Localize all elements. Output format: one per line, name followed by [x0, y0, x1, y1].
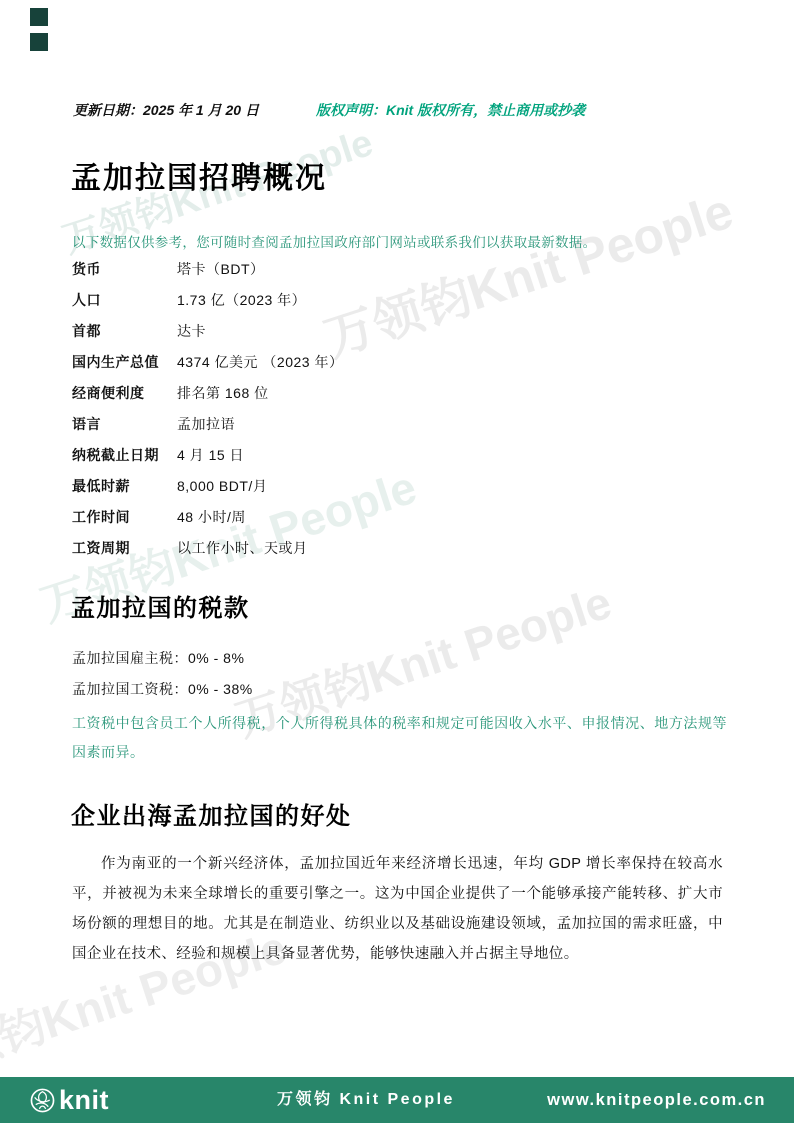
- knit-logo: knit: [30, 1077, 109, 1123]
- fact-value: 以工作小时、天或月: [177, 538, 308, 558]
- tax-note: 工资税中包含员工个人所得税，个人所得税具体的税率和规定可能因收入水平、申报情况、…: [72, 709, 727, 767]
- table-row: 工作时间 48 小时/周: [72, 501, 722, 532]
- fact-value: 8,000 BDT/月: [177, 476, 267, 496]
- footer-brand-name: 万领钧 Knit People: [277, 1077, 455, 1123]
- corner-mark-bottom: [30, 33, 48, 51]
- benefits-section-heading: 企业出海孟加拉国的好处: [71, 796, 352, 831]
- corner-mark-top: [30, 8, 48, 26]
- fact-label: 货币: [72, 259, 177, 279]
- fact-label: 首都: [72, 321, 177, 341]
- table-row: 纳税截止日期 4 月 15 日: [72, 439, 722, 470]
- fact-label: 工资周期: [72, 538, 177, 558]
- benefits-paragraph: 作为南亚的一个新兴经济体，孟加拉国近年来经济增长迅速，年均 GDP 增长率保持在…: [72, 849, 723, 969]
- copyright-notice: 版权声明：Knit 版权所有，禁止商用或抄袭: [316, 100, 585, 120]
- table-row: 货币 塔卡（BDT）: [72, 253, 722, 284]
- fact-value: 孟加拉语: [177, 414, 235, 434]
- table-row: 语言 孟加拉语: [72, 408, 722, 439]
- fact-value: 达卡: [177, 321, 206, 341]
- table-row: 最低时薪 8,000 BDT/月: [72, 470, 722, 501]
- country-facts-table: 货币 塔卡（BDT） 人口 1.73 亿（2023 年） 首都 达卡 国内生产总…: [72, 253, 722, 563]
- tax-section-heading: 孟加拉国的税款: [71, 588, 250, 623]
- fact-value: 48 小时/周: [177, 507, 246, 527]
- fact-value: 1.73 亿（2023 年）: [177, 290, 306, 310]
- fact-label: 纳税截止日期: [72, 445, 177, 465]
- fact-label: 最低时薪: [72, 476, 177, 496]
- footer-website-url: www.knitpeople.com.cn: [547, 1077, 766, 1123]
- update-date-label: 更新日期：2025 年 1 月 20 日: [73, 100, 259, 120]
- table-row: 首都 达卡: [72, 315, 722, 346]
- table-row: 人口 1.73 亿（2023 年）: [72, 284, 722, 315]
- fact-label: 经商便利度: [72, 383, 177, 403]
- fact-label: 国内生产总值: [72, 352, 177, 372]
- fact-label: 语言: [72, 414, 177, 434]
- fact-label: 工作时间: [72, 507, 177, 527]
- table-row: 工资周期 以工作小时、天或月: [72, 532, 722, 563]
- knit-knot-icon: [30, 1088, 55, 1113]
- fact-value: 4374 亿美元 （2023 年）: [177, 352, 343, 372]
- page-title: 孟加拉国招聘概况: [71, 153, 327, 197]
- employer-tax-line: 孟加拉国雇主税：0% - 8%: [72, 648, 244, 668]
- table-row: 国内生产总值 4374 亿美元 （2023 年）: [72, 346, 722, 377]
- intro-disclaimer: 以下数据仅供参考，您可随时查阅孟加拉国政府部门网站或联系我们以获取最新数据。: [72, 231, 722, 251]
- document-page: 万领钧Knit People 万领钧Knit People 万领钧Knit Pe…: [0, 0, 794, 1123]
- fact-value: 排名第 168 位: [177, 383, 269, 403]
- fact-label: 人口: [72, 290, 177, 310]
- fact-value: 4 月 15 日: [177, 445, 244, 465]
- payroll-tax-line: 孟加拉国工资税：0% - 38%: [72, 679, 253, 699]
- fact-value: 塔卡（BDT）: [177, 259, 265, 279]
- knit-wordmark: knit: [59, 1077, 109, 1123]
- footer-bar: knit 万领钧 Knit People www.knitpeople.com.…: [0, 1077, 794, 1123]
- table-row: 经商便利度 排名第 168 位: [72, 377, 722, 408]
